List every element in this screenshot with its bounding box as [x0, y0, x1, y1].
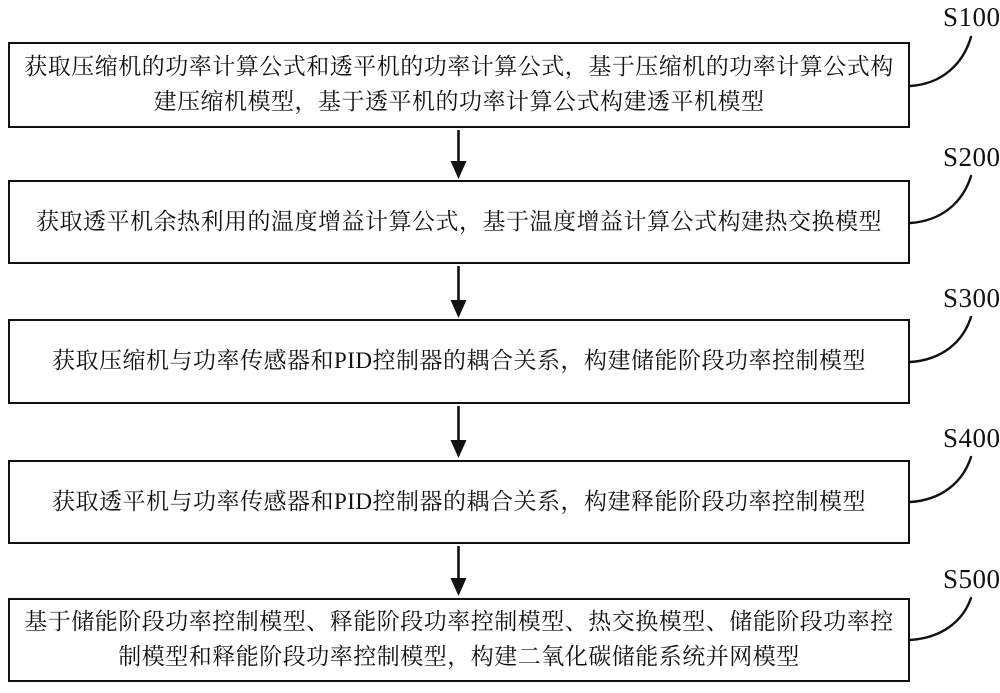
down-arrow-2 — [451, 266, 467, 318]
step-text-s200: 获取透平机余热利用的温度增益计算公式，基于温度增益计算公式构建热交换模型 — [36, 205, 882, 240]
step-box-s100: 获取压缩机的功率计算公式和透平机的功率计算公式，基于压缩机的功率计算公式构建压缩… — [8, 42, 910, 128]
step-box-s300: 获取压缩机与功率传感器和PID控制器的耦合关系，构建储能阶段功率控制模型 — [8, 319, 910, 404]
step-text-s500: 基于储能阶段功率控制模型、释能阶段功率控制模型、热交换模型、储能阶段功率控制模型… — [22, 605, 896, 675]
down-arrow-4 — [451, 546, 467, 596]
label-connector-s300 — [910, 317, 971, 362]
label-connector-s100 — [910, 37, 971, 86]
label-connector-s200 — [910, 176, 971, 223]
step-label-s400: S400 — [943, 425, 1000, 452]
step-label-s300: S300 — [943, 285, 1000, 312]
step-text-s400: 获取透平机与功率传感器和PID控制器的耦合关系，构建释能阶段功率控制模型 — [52, 485, 866, 520]
down-arrow-1 — [451, 130, 467, 179]
step-text-s300: 获取压缩机与功率传感器和PID控制器的耦合关系，构建储能阶段功率控制模型 — [52, 344, 866, 379]
step-box-s200: 获取透平机余热利用的温度增益计算公式，基于温度增益计算公式构建热交换模型 — [8, 180, 910, 264]
step-text-s100: 获取压缩机的功率计算公式和透平机的功率计算公式，基于压缩机的功率计算公式构建压缩… — [22, 50, 896, 120]
step-box-s500: 基于储能阶段功率控制模型、释能阶段功率控制模型、热交换模型、储能阶段功率控制模型… — [8, 598, 910, 682]
step-label-s500: S500 — [943, 566, 1000, 593]
step-label-s200: S200 — [943, 144, 1000, 171]
step-box-s400: 获取透平机与功率传感器和PID控制器的耦合关系，构建释能阶段功率控制模型 — [8, 460, 910, 544]
label-connector-s500 — [910, 598, 971, 640]
flowchart-figure: 获取压缩机的功率计算公式和透平机的功率计算公式，基于压缩机的功率计算公式构建压缩… — [0, 0, 1000, 693]
label-connector-s400 — [910, 457, 971, 502]
step-label-s100: S100 — [943, 4, 1000, 31]
down-arrow-3 — [451, 406, 467, 458]
